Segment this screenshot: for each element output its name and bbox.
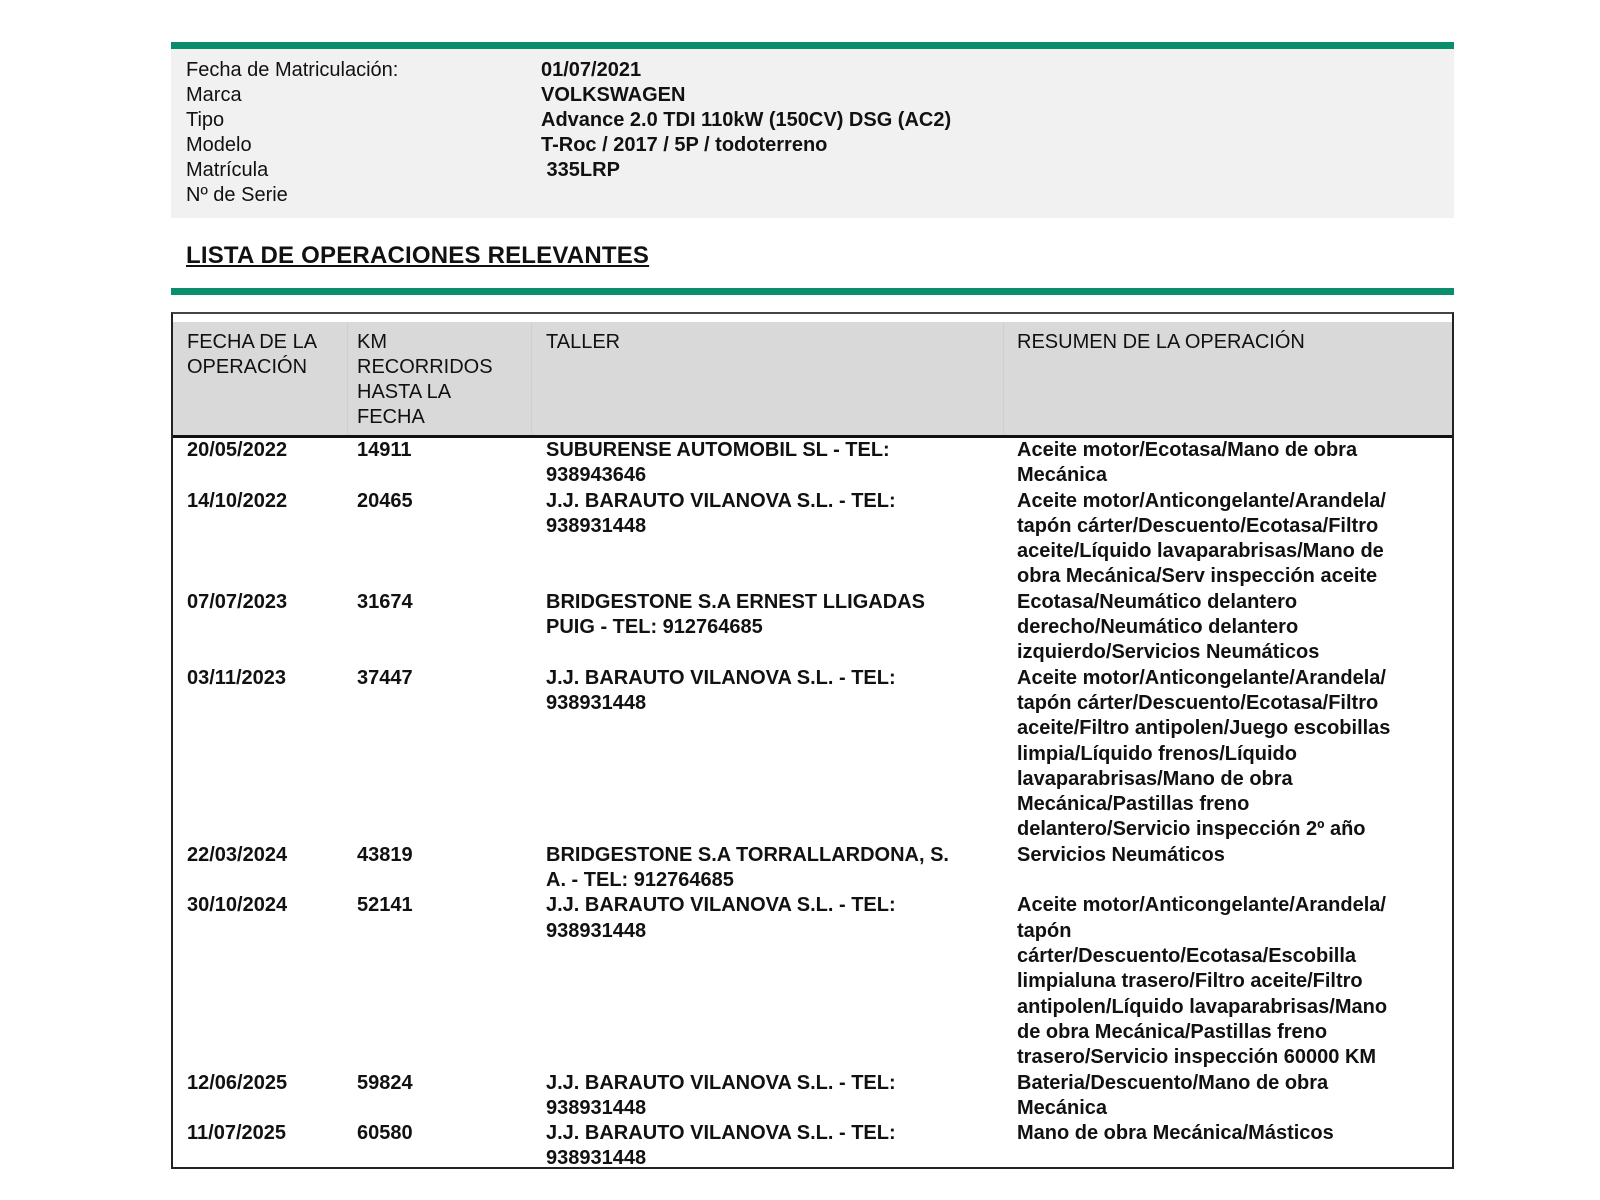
vehicle-value: VOLKSWAGEN	[541, 83, 685, 108]
workshop-name: BRIDGESTONE S.A TORRALLARDONA, S. A. - T…	[546, 843, 986, 894]
km-value: 59824	[357, 1071, 527, 1096]
table-row: 11/07/202560580J.J. BARAUTO VILANOVA S.L…	[173, 1121, 1452, 1172]
workshop-name: J.J. BARAUTO VILANOVA S.L. - TEL: 938931…	[546, 1071, 986, 1122]
operation-summary: Aceite motor/Ecotasa/Mano de obra Mecáni…	[1017, 438, 1437, 489]
km-value: 14911	[357, 438, 527, 463]
table-row: 07/07/202331674BRIDGESTONE S.A ERNEST LL…	[173, 590, 1452, 666]
operation-summary: Ecotasa/Neumático delantero derecho/Neum…	[1017, 590, 1437, 666]
vehicle-label: Tipo	[186, 108, 526, 133]
vehicle-info-panel: Fecha de Matriculación: 01/07/2021 Marca…	[171, 49, 1454, 218]
table-header: FECHA DE LA OPERACIÓN KM RECORRIDOS HAST…	[173, 322, 1452, 438]
vehicle-label: Marca	[186, 83, 526, 108]
workshop-name: J.J. BARAUTO VILANOVA S.L. - TEL: 938931…	[546, 489, 986, 540]
table-row: 22/03/202443819BRIDGESTONE S.A TORRALLAR…	[173, 843, 1452, 894]
vehicle-label: Nº de Serie	[186, 183, 526, 208]
operation-date: 14/10/2022	[187, 489, 347, 514]
vehicle-label: Matrícula	[186, 158, 526, 183]
table-row: 14/10/202220465J.J. BARAUTO VILANOVA S.L…	[173, 489, 1452, 590]
table-row: 20/05/202214911SUBURENSE AUTOMOBIL SL - …	[173, 438, 1452, 489]
top-accent-bar	[171, 42, 1454, 49]
workshop-name: SUBURENSE AUTOMOBIL SL - TEL: 938943646	[546, 438, 986, 489]
vehicle-value: 335LRP	[541, 158, 620, 183]
vehicle-value: Advance 2.0 TDI 110kW (150CV) DSG (AC2)	[541, 108, 951, 133]
section-accent-bar	[171, 288, 1454, 295]
column-divider	[347, 322, 348, 435]
column-divider	[1003, 322, 1004, 435]
km-value: 37447	[357, 666, 527, 691]
operation-summary: Aceite motor/Anticongelante/Arandela/ ta…	[1017, 489, 1437, 590]
km-value: 31674	[357, 590, 527, 615]
table-row: 12/06/202559824J.J. BARAUTO VILANOVA S.L…	[173, 1071, 1452, 1122]
column-divider	[531, 322, 532, 435]
vehicle-label: Modelo	[186, 133, 526, 158]
operation-summary: Aceite motor/Anticongelante/Arandela/ ta…	[1017, 893, 1437, 1070]
operation-summary: Mano de obra Mecánica/Másticos	[1017, 1121, 1437, 1146]
operation-date: 12/06/2025	[187, 1071, 347, 1096]
km-value: 52141	[357, 893, 527, 918]
vehicle-value: 01/07/2021	[541, 58, 641, 83]
km-value: 43819	[357, 843, 527, 868]
vehicle-value: T-Roc / 2017 / 5P / todoterreno	[541, 133, 827, 158]
header-km: KM RECORRIDOS HASTA LA FECHA	[357, 330, 493, 430]
operation-date: 30/10/2024	[187, 893, 347, 918]
workshop-name: J.J. BARAUTO VILANOVA S.L. - TEL: 938931…	[546, 893, 986, 944]
operation-date: 03/11/2023	[187, 666, 347, 691]
operation-summary: Servicios Neumáticos	[1017, 843, 1437, 868]
km-value: 60580	[357, 1121, 527, 1146]
workshop-name: J.J. BARAUTO VILANOVA S.L. - TEL: 938931…	[546, 1121, 986, 1172]
table-row: 30/10/202452141J.J. BARAUTO VILANOVA S.L…	[173, 893, 1452, 1070]
operation-date: 11/07/2025	[187, 1121, 347, 1146]
km-value: 20465	[357, 489, 527, 514]
operation-date: 20/05/2022	[187, 438, 347, 463]
header-date: FECHA DE LA OPERACIÓN	[187, 330, 317, 380]
vehicle-label: Fecha de Matriculación:	[186, 58, 526, 83]
section-title: LISTA DE OPERACIONES RELEVANTES	[186, 242, 649, 270]
header-resumen: RESUMEN DE LA OPERACIÓN	[1017, 330, 1305, 355]
operation-summary: Bateria/Descuento/Mano de obra Mecánica	[1017, 1071, 1437, 1122]
operations-table: FECHA DE LA OPERACIÓN KM RECORRIDOS HAST…	[171, 312, 1454, 1169]
header-taller: TALLER	[546, 330, 620, 355]
workshop-name: BRIDGESTONE S.A ERNEST LLIGADAS PUIG - T…	[546, 590, 986, 641]
operation-date: 22/03/2024	[187, 843, 347, 868]
workshop-name: J.J. BARAUTO VILANOVA S.L. - TEL: 938931…	[546, 666, 986, 717]
operation-summary: Aceite motor/Anticongelante/Arandela/ ta…	[1017, 666, 1437, 843]
table-row: 03/11/202337447J.J. BARAUTO VILANOVA S.L…	[173, 666, 1452, 843]
operation-date: 07/07/2023	[187, 590, 347, 615]
